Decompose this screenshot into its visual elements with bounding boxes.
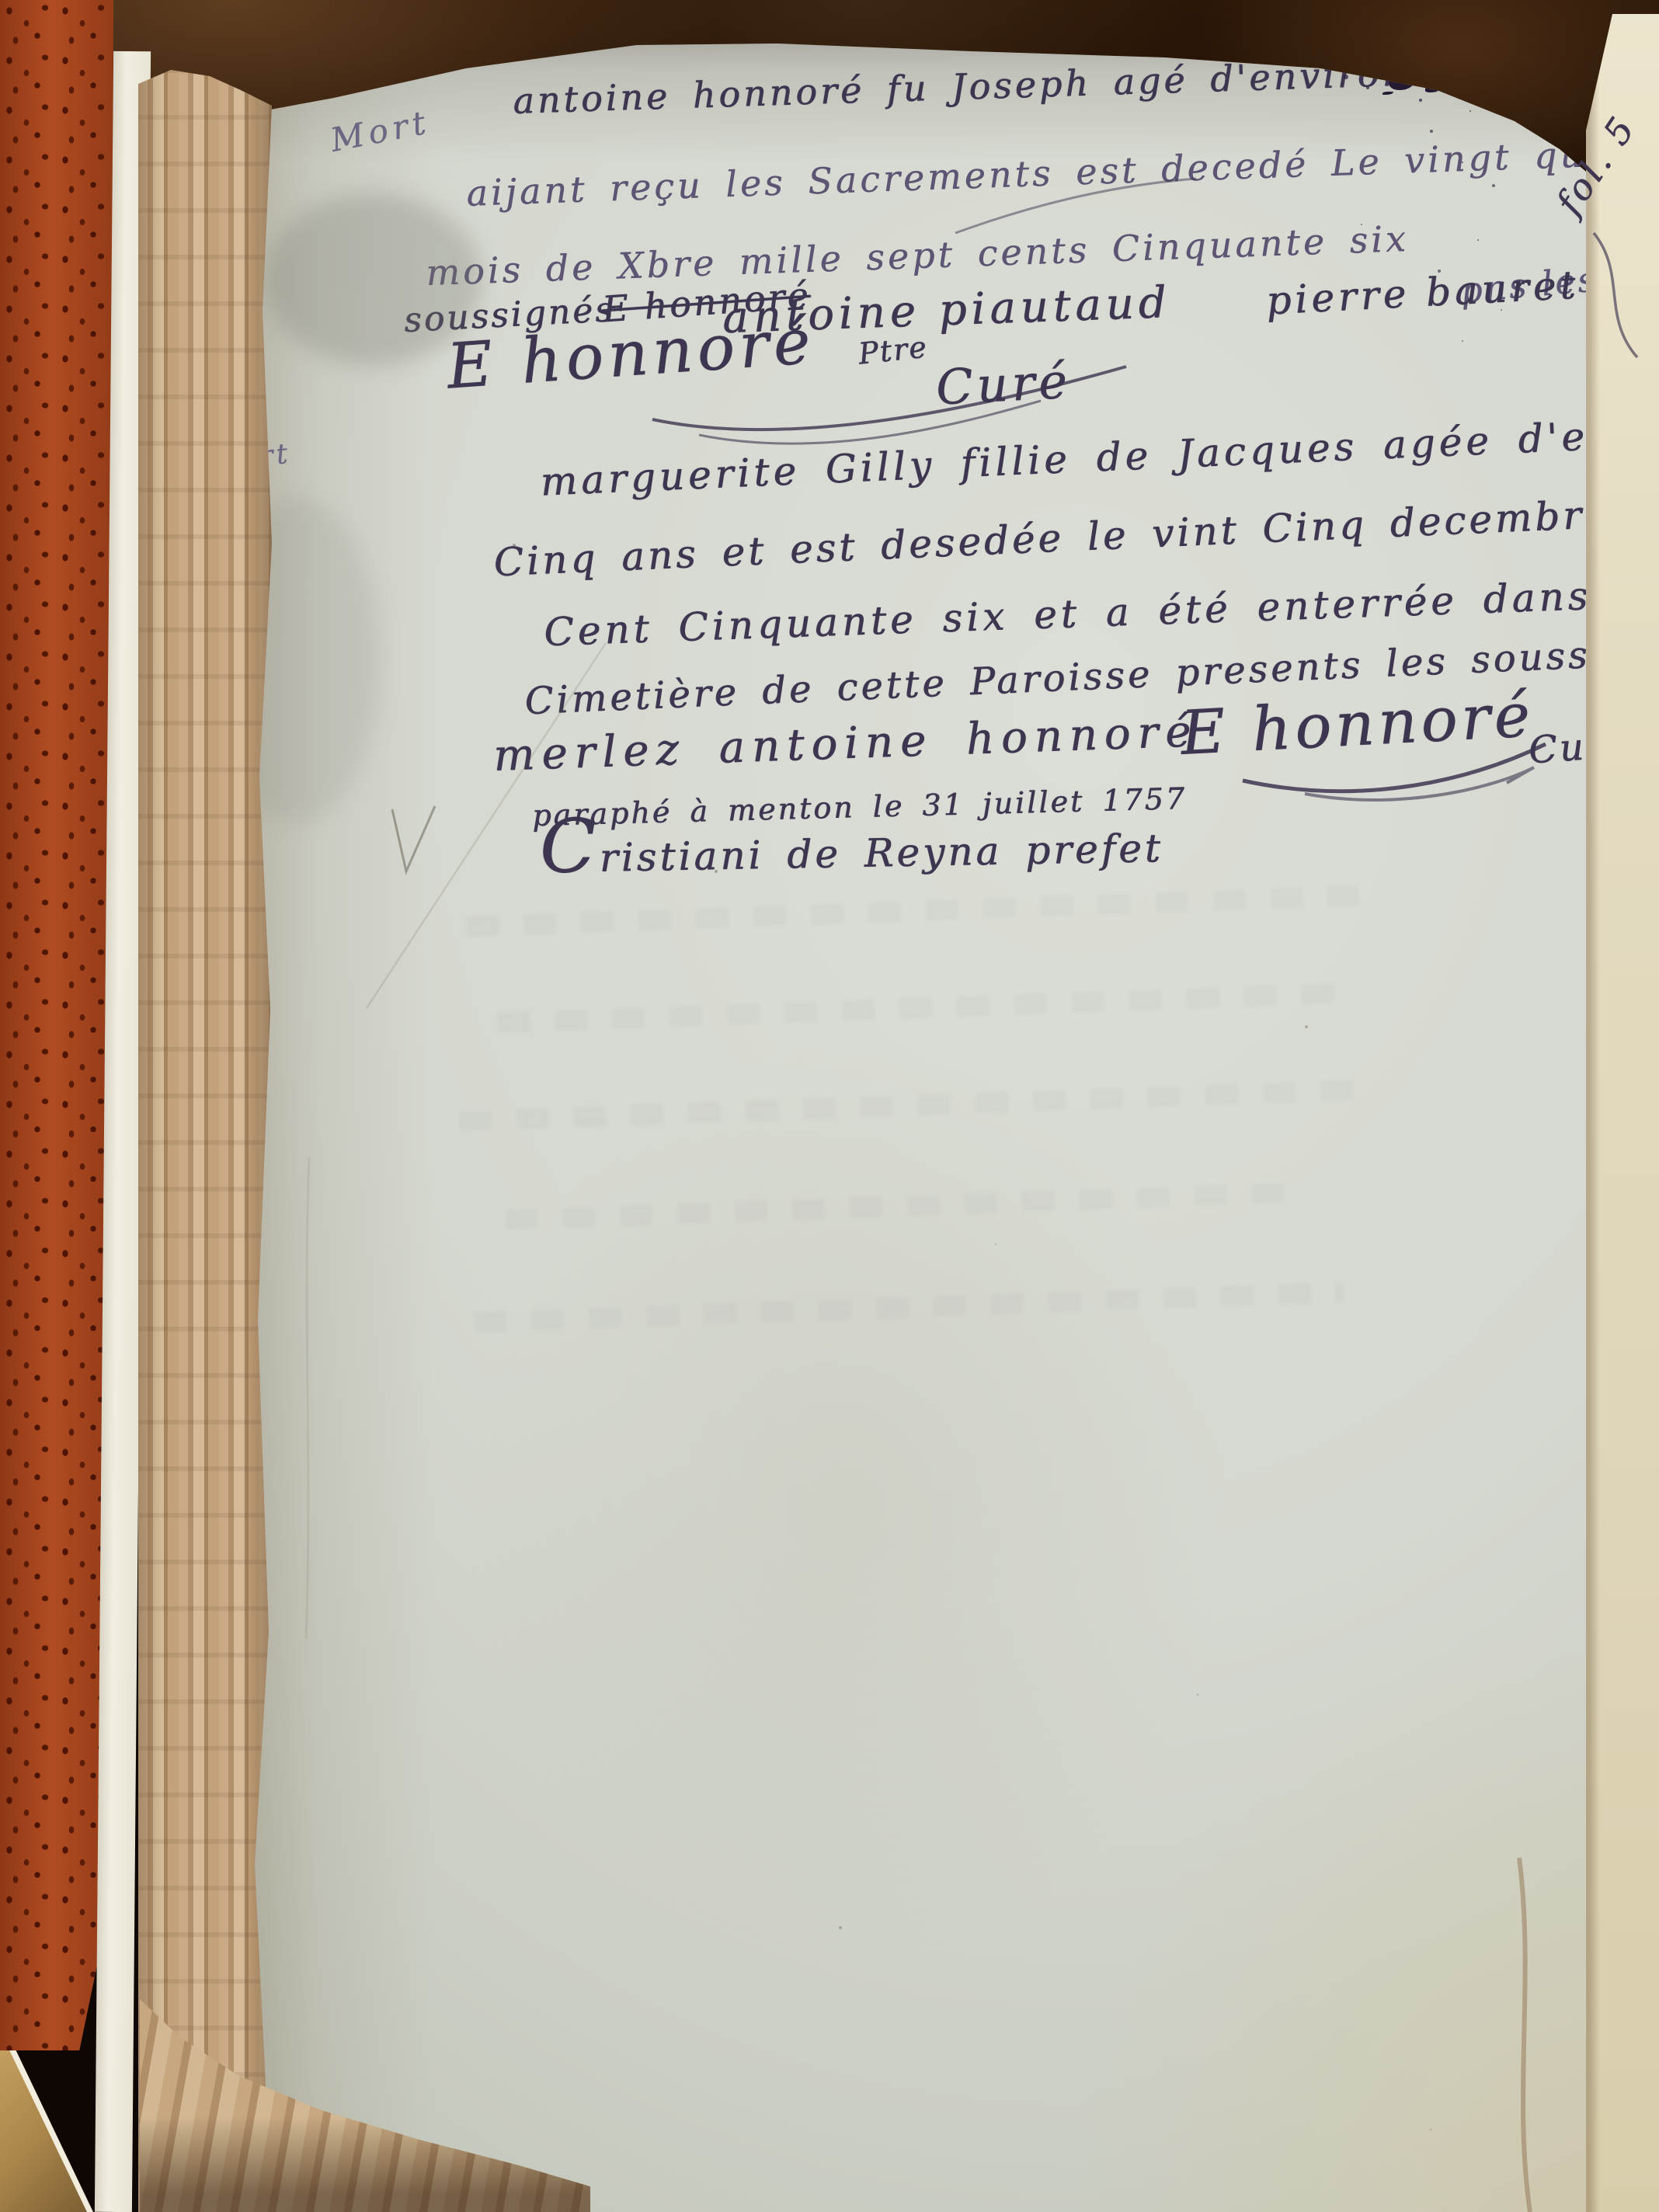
entry1-line2: aijant reçu les Sacrements est decedé Le… bbox=[466, 130, 1659, 211]
next-page-cream-edge bbox=[1586, 14, 1659, 2212]
entry2-line2: Cinq ans et est desedée le vint Cinq dec… bbox=[493, 485, 1659, 583]
entry1-line3: mois de Xbre mille sept cents Cinquante … bbox=[426, 221, 1410, 290]
entry2-line5-merlez: merlez antoine honnoré bbox=[492, 710, 1198, 778]
bleedthrough-row bbox=[497, 983, 1336, 1033]
bleedthrough-row bbox=[474, 1282, 1344, 1332]
official-signature: Cristiani de Reyna prefet bbox=[540, 829, 1164, 878]
bleedthrough-row bbox=[505, 1182, 1297, 1230]
book-cover-leather-edge bbox=[0, 0, 113, 2050]
priest-signature1-title: Curé bbox=[934, 356, 1072, 412]
page-block-deckled-edges bbox=[138, 0, 272, 2212]
paraphe-line: paraphé à menton le 31 juillet 1757 bbox=[532, 784, 1188, 830]
photograph-of-register-page: antoine honnoré fu Joseph agé d'environ … bbox=[0, 0, 1659, 2212]
bleedthrough-row bbox=[458, 1079, 1375, 1131]
gray-smudge bbox=[264, 194, 482, 365]
priest-signature1-title-abbrev: Ptre bbox=[857, 332, 929, 368]
ink-speckles bbox=[1344, 75, 1348, 79]
entry2-line1: marguerite Gilly fillie de Jacques agée … bbox=[540, 410, 1659, 501]
manuscript-page: antoine honnoré fu Joseph agé d'environ … bbox=[233, 0, 1596, 2212]
paper-specks bbox=[513, 544, 516, 547]
bleedthrough-row bbox=[466, 885, 1359, 937]
witness-signature-bauret: pierre bauret bbox=[1265, 265, 1581, 320]
priest-signature2-name: E honnoré bbox=[1179, 685, 1535, 764]
